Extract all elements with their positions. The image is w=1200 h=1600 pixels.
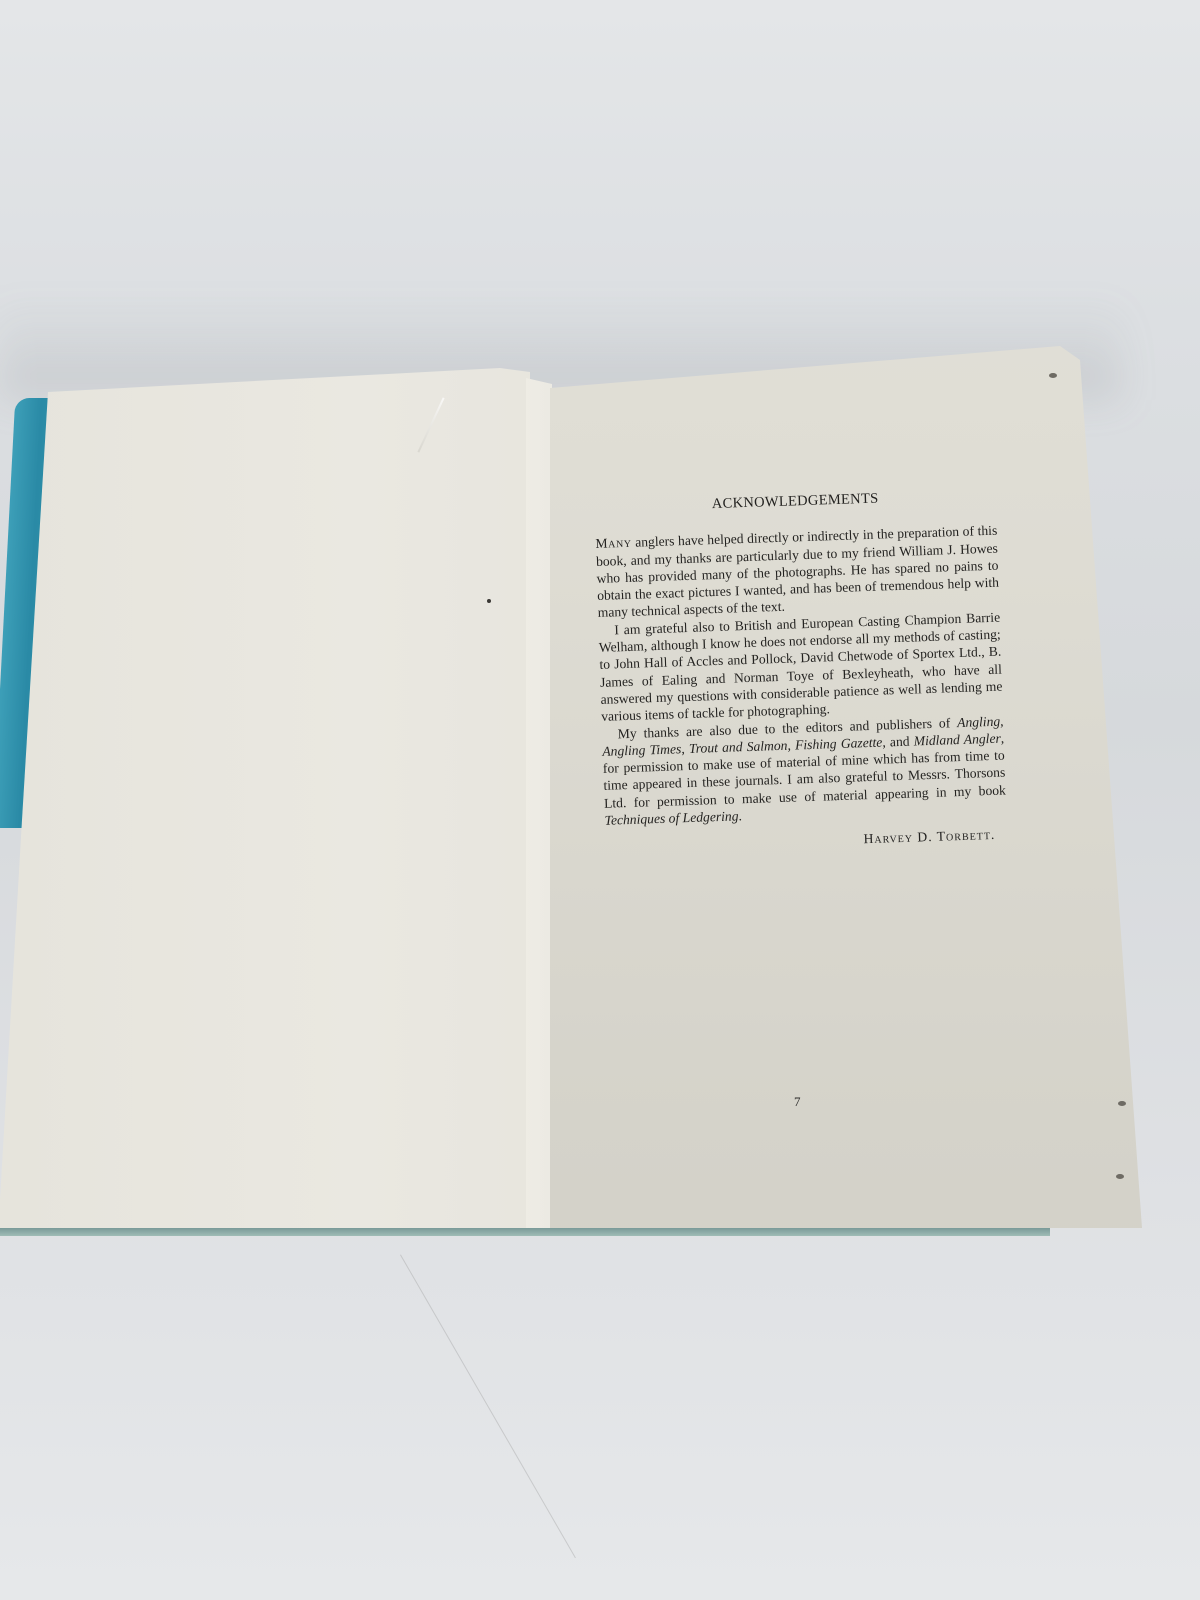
paragraph-2: I am grateful also to British and Europe…: [598, 608, 1003, 725]
journal-title: Angling Times: [602, 741, 681, 759]
page-edge-notch: [1049, 373, 1057, 378]
paragraph-3-end: .: [738, 808, 742, 823]
separator: ,: [1000, 713, 1004, 728]
page-speck: [487, 599, 491, 603]
separator: , and: [882, 733, 914, 749]
page-edge-notch: [1118, 1101, 1126, 1106]
page-number: 7: [794, 1094, 801, 1110]
paragraph-3: My thanks are also due to the editors an…: [601, 712, 1006, 829]
paragraph-1-text: anglers have helped directly or indirect…: [596, 523, 999, 620]
journal-title: Trout and Salmon: [689, 738, 788, 756]
journal-title: Fishing Gazette: [795, 734, 883, 752]
journal-title: Angling: [957, 713, 1001, 729]
paragraph-1: Many anglers have helped directly or ind…: [595, 522, 1000, 622]
book-cover-bottom-edge: [0, 1228, 1050, 1236]
book-title: Techniques of Ledgering: [604, 808, 738, 827]
acknowledgements-text-block: ACKNOWLEDGEMENTS Many anglers have helpe…: [594, 487, 1008, 857]
page-edge-notch: [1116, 1174, 1124, 1179]
lead-word: Many: [595, 535, 632, 551]
journal-title: Midland Angler: [913, 731, 1000, 749]
